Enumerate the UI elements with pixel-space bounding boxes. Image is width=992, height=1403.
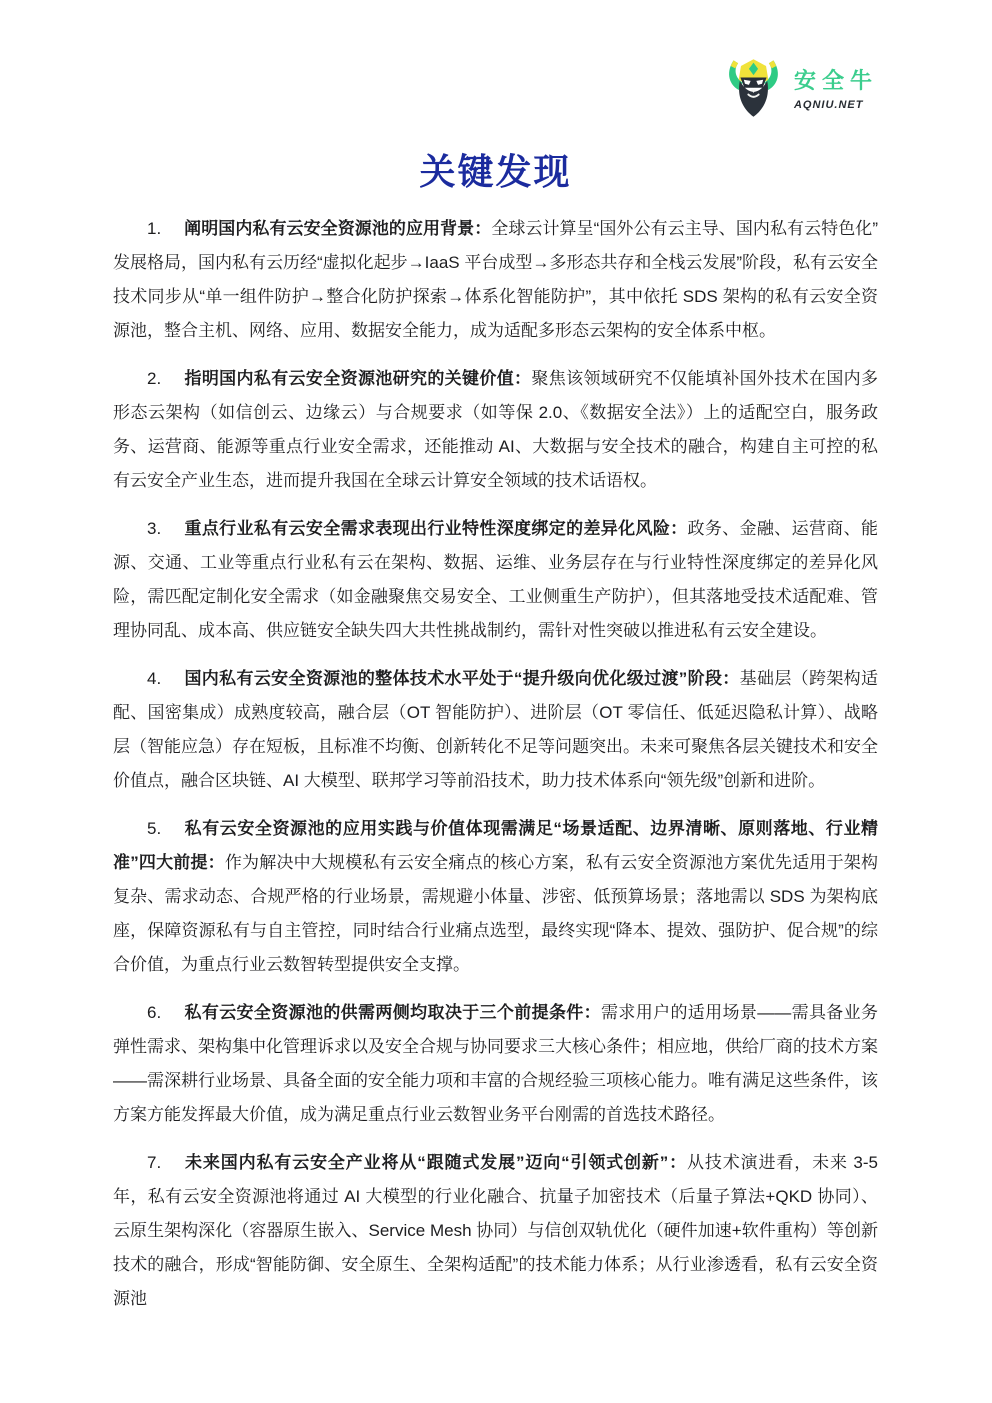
finding-paragraph-5: 5.私有云安全资源池的应用实践与价值体现需满足“场景适配、边界清晰、原则落地、行…	[113, 812, 878, 982]
paragraph-body: 作为解决中大规模私有云安全痛点的核心方案，私有云安全资源池方案优先适用于架构复杂…	[113, 853, 878, 974]
logo-domain: AQNIU.NET	[794, 99, 864, 111]
finding-paragraph-3: 3.重点行业私有云安全需求表现出行业特性深度绑定的差异化风险：政务、金融、运营商…	[113, 512, 878, 648]
findings-content: 1.阐明国内私有云安全资源池的应用背景：全球云计算呈“国外公有云主导、国内私有云…	[113, 212, 878, 1316]
paragraph-number: 3.	[147, 519, 161, 538]
page-header: 安全牛 AQNIU.NET	[113, 58, 878, 122]
aqniu-logo: 安全牛 AQNIU.NET	[725, 58, 878, 122]
paragraph-heading: 私有云安全资源池的供需两侧均取决于三个前提条件：	[184, 1003, 601, 1022]
finding-paragraph-6: 6.私有云安全资源池的供需两侧均取决于三个前提条件：需求用户的适用场景——需具备…	[113, 996, 878, 1132]
finding-paragraph-4: 4.国内私有云安全资源池的整体技术水平处于“提升级向优化级过渡”阶段：基础层（跨…	[113, 662, 878, 798]
paragraph-number: 6.	[147, 1003, 161, 1022]
document-page: 安全牛 AQNIU.NET 关键发现 1.阐明国内私有云安全资源池的应用背景：全…	[0, 0, 992, 1403]
paragraph-body: 从技术演进看，未来 3-5 年，私有云安全资源池将通过 AI 大模型的行业化融合…	[113, 1153, 878, 1308]
finding-paragraph-1: 1.阐明国内私有云安全资源池的应用背景：全球云计算呈“国外公有云主导、国内私有云…	[113, 212, 878, 348]
paragraph-heading: 重点行业私有云安全需求表现出行业特性深度绑定的差异化风险：	[184, 519, 687, 538]
logo-text-block: 安全牛 AQNIU.NET	[794, 69, 878, 110]
logo-brand-name: 安全牛	[794, 69, 878, 93]
paragraph-heading: 未来国内私有云安全产业将从“跟随式发展”迈向“引领式创新”：	[184, 1153, 687, 1172]
paragraph-number: 2.	[147, 369, 161, 388]
paragraph-heading: 阐明国内私有云安全资源池的应用背景：	[184, 219, 491, 238]
paragraph-number: 5.	[147, 819, 161, 838]
finding-paragraph-7: 7.未来国内私有云安全产业将从“跟随式发展”迈向“引领式创新”：从技术演进看，未…	[113, 1146, 878, 1316]
paragraph-number: 4.	[147, 669, 161, 688]
page-title: 关键发现	[113, 148, 878, 196]
paragraph-number: 1.	[147, 219, 161, 238]
bull-mascot-icon	[725, 58, 782, 122]
paragraph-number: 7.	[147, 1153, 161, 1172]
finding-paragraph-2: 2.指明国内私有云安全资源池研究的关键价值：聚焦该领域研究不仅能填补国外技术在国…	[113, 362, 878, 498]
paragraph-heading: 指明国内私有云安全资源池研究的关键价值：	[184, 369, 531, 388]
paragraph-heading: 国内私有云安全资源池的整体技术水平处于“提升级向优化级过渡”阶段：	[184, 669, 740, 688]
